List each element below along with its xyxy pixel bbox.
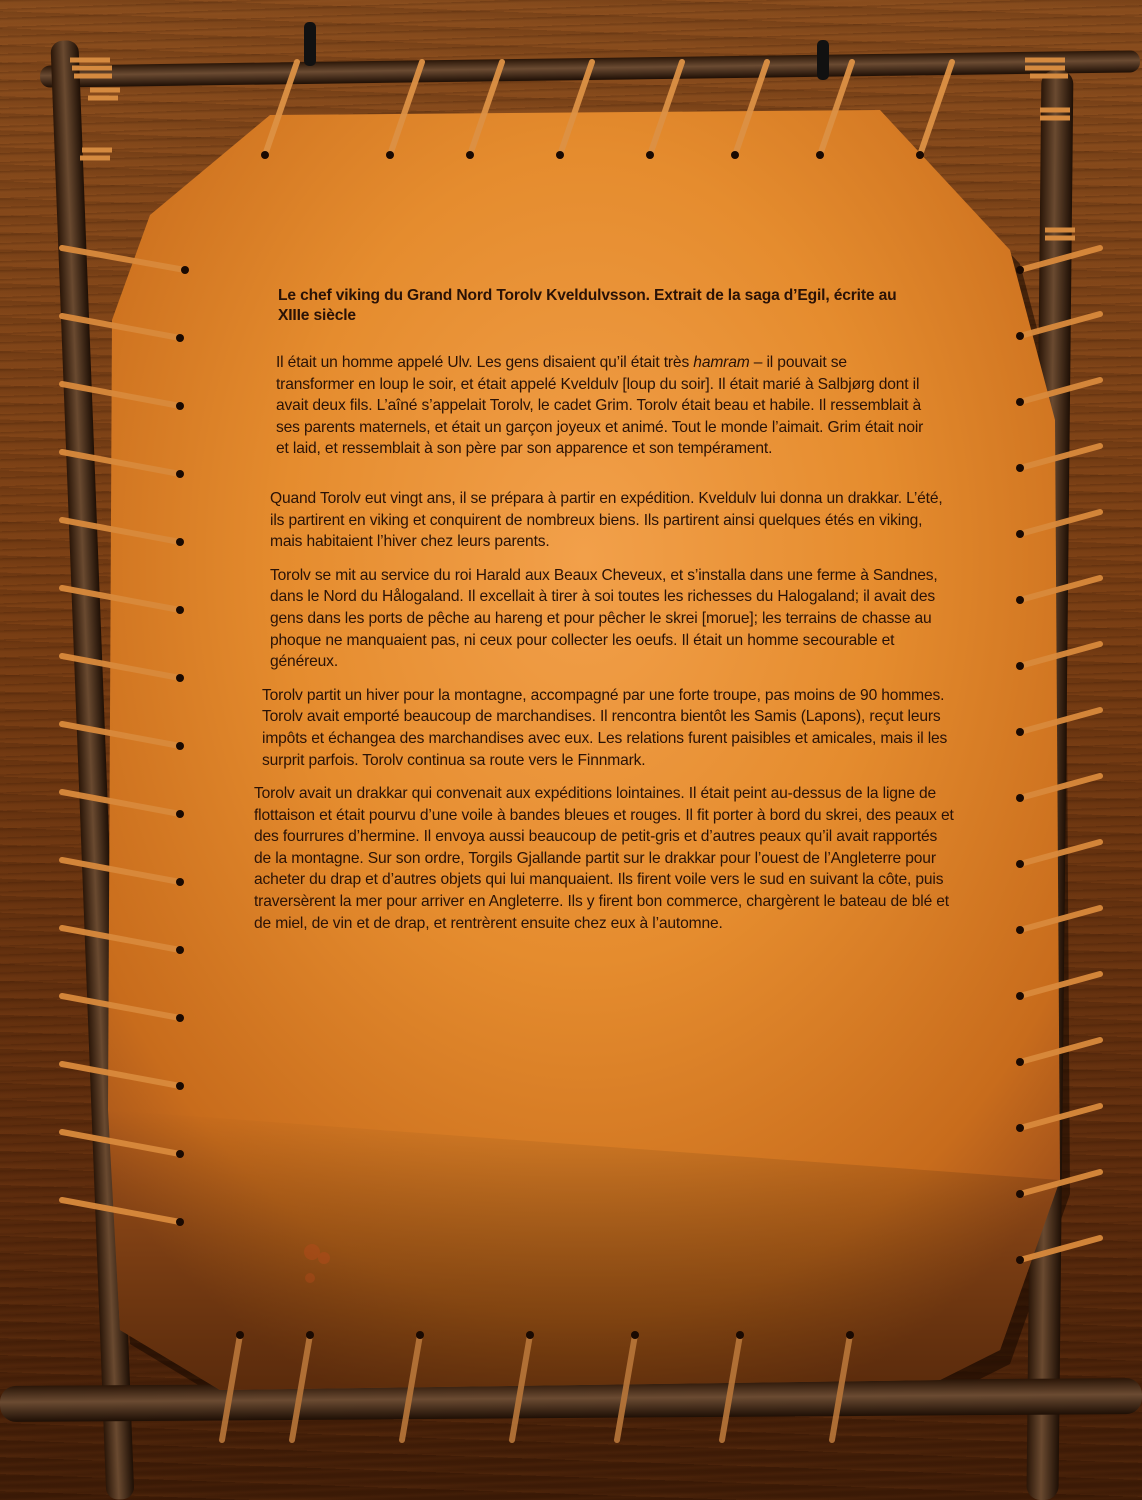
- paragraph-4: Torolv partit un hiver pour la montagne,…: [262, 685, 952, 771]
- paragraph-5: Torolv avait un drakkar qui convenait au…: [254, 783, 954, 934]
- photo-scene: Le chef viking du Grand Nord Torolv Kvel…: [0, 0, 1142, 1500]
- paragraph-1-emphasis: hamram: [693, 354, 749, 371]
- document-title: Le chef viking du Grand Nord Torolv Kvel…: [278, 286, 918, 326]
- paragraph-1: Il était un homme appelé Ulv. Les gens d…: [276, 352, 926, 460]
- paragraph-2: Quand Torolv eut vingt ans, il se prépar…: [270, 488, 950, 553]
- paragraph-1-text-a: Il était un homme appelé Ulv. Les gens d…: [276, 354, 693, 371]
- parchment-text: Le chef viking du Grand Nord Torolv Kvel…: [248, 286, 938, 950]
- paragraph-3: Torolv se mit au service du roi Harald a…: [270, 565, 950, 673]
